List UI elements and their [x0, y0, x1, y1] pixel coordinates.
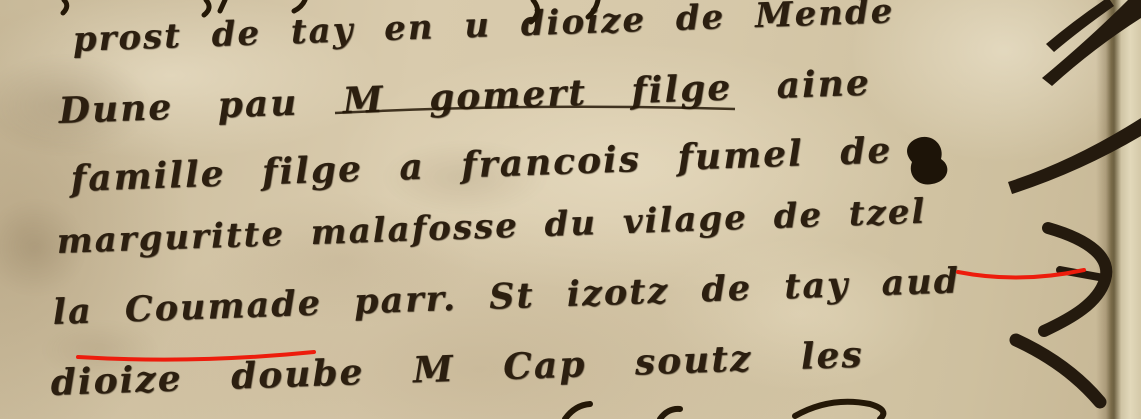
- manuscript-line-2: Dune pau M gomert filge aine: [58, 62, 871, 132]
- bottom-cropped-line-fragments: [565, 402, 883, 419]
- page-fold-edge: [1096, 0, 1141, 419]
- ink-blot: [907, 137, 947, 185]
- manuscript-photo: prost de tay en u dioize de Mende Dune p…: [0, 0, 1141, 419]
- bottom-right-flourish: [1016, 340, 1100, 402]
- manuscript-line-6: dioize doube M Cap soutz les: [50, 334, 864, 404]
- manuscript-line-5: la Coumade parr. St izotz de tay aud: [52, 260, 961, 333]
- red-underline-de-tzel: [958, 270, 1084, 278]
- manuscript-line-1: prost de tay en u dioize de Mende: [72, 0, 895, 60]
